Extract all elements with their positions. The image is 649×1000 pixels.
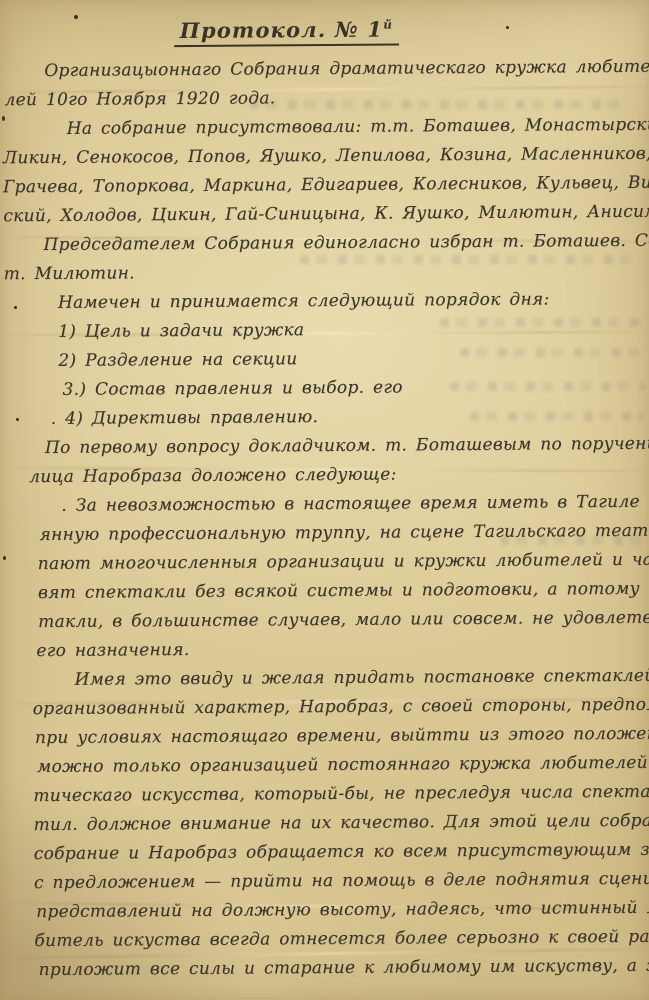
text-line: тил. должное внимание на их качество. Дл… (5, 807, 649, 841)
document-title-row: Протокол. № 1й (0, 15, 649, 49)
text-line: лей 10го Ноября 1920 года. (0, 82, 649, 116)
document-title: Протокол. № 1й (174, 16, 399, 47)
text-line: 2) Разделение на секции (2, 343, 649, 377)
text-line: с предложением — прийти на помощь в деле… (6, 865, 649, 899)
text-line: . За невозможностью в настоящее время им… (3, 488, 649, 522)
text-line: тическаго искусства, который-бы, не прес… (5, 778, 649, 812)
text-line: 1) Цель и задачи кружка (2, 314, 649, 348)
document-content: Протокол. № 1й Организацыоннаго Собрания… (0, 0, 649, 985)
text-line: представлений на должную высоту, надеясь… (6, 894, 649, 928)
title-number-suffix: й (383, 18, 393, 32)
text-line: 3.) Состав правления и выбор. его (2, 372, 649, 406)
text-line: На собрание присутствовали: т.т. Боташев… (1, 111, 649, 145)
text-line: Председателем Собрания единогласно избра… (1, 227, 649, 261)
text-line: Организацыоннаго Собрания драматическаго… (0, 53, 649, 87)
text-line: можно только организацией постояннаго кр… (5, 749, 649, 783)
text-line: собрание и Наробраз обращается ко всем п… (6, 836, 649, 870)
text-line: т. Милютин. (2, 256, 649, 290)
text-line: его назначения. (4, 633, 649, 667)
text-line: при условиях настоящаго времени, выйтти … (5, 720, 649, 754)
text-line: По первому вопросу докладчиком. т. Боташ… (3, 430, 649, 464)
text-line: Имея это ввиду и желая придать постановк… (4, 662, 649, 696)
text-line: организованный характер, Наробраз, с сво… (5, 691, 649, 725)
text-line: лица Наробраза доложено следующе: (3, 459, 649, 493)
text-line: приложит все силы и старание к любимому … (6, 952, 649, 986)
text-line: Грачева, Топоркова, Маркина, Едигариев, … (1, 169, 649, 203)
text-line: такли, в большинстве случаев, мало или с… (4, 604, 649, 638)
title-text: Протокол. (180, 17, 327, 43)
scanned-document-page: Протокол. № 1й Организацыоннаго Собрания… (0, 0, 649, 1000)
text-line: Намечен и принимается следующий порядок … (2, 285, 649, 319)
text-line: янную профессиональную труппу, на сцене … (3, 517, 649, 551)
text-line: битель искуства всегда отнесется более с… (6, 923, 649, 957)
text-line: вят спектакли без всякой системы и подго… (4, 575, 649, 609)
title-number: № 1 (335, 17, 384, 42)
document-lines: Организацыоннаго Собрания драматическаго… (0, 53, 649, 986)
text-line: . 4) Директивы правлению. (3, 401, 649, 435)
text-line: пают многочисленныя организации и кружки… (4, 546, 649, 580)
text-line: Ликин, Сенокосов, Попов, Яушко, Лепилова… (1, 140, 649, 174)
text-line: ский, Холодов, Цикин, Гай-Синицына, К. Я… (1, 198, 649, 232)
